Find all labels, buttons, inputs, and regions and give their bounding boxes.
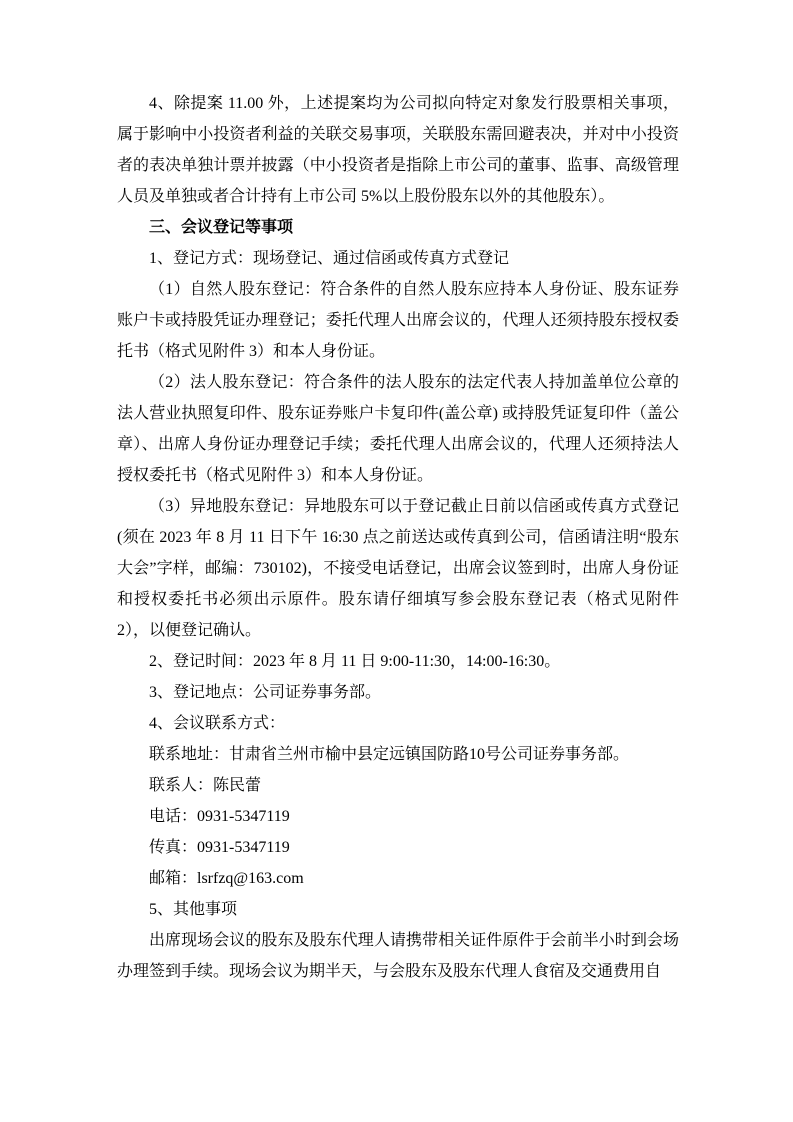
para-contact-method: 4、会议联系方式： — [117, 708, 679, 739]
para-email: 邮箱：lsrfzq@163.com — [117, 863, 679, 894]
para-attendance-note: 出席现场会议的股东及股东代理人请携带相关证件原件于会前半小时到会场办理签到手续。… — [117, 925, 679, 987]
para-other-matters: 5、其他事项 — [117, 894, 679, 925]
para-fax: 传真：0931-5347119 — [117, 832, 679, 863]
document-page: 4、除提案 11.00 外，上述提案均为公司拟向特定对象发行股票相关事项，属于影… — [0, 0, 793, 1122]
para-registration-method: 1、登记方式：现场登记、通过信函或传真方式登记 — [117, 243, 679, 274]
para-contact-person: 联系人：陈民蕾 — [117, 770, 679, 801]
para-registration-place: 3、登记地点：公司证券事务部。 — [117, 677, 679, 708]
para-natural-person-registration: （1）自然人股东登记：符合条件的自然人股东应持本人身份证、股东证券账户卡或持股凭… — [117, 274, 679, 367]
para-registration-time: 2、登记时间：2023 年 8 月 11 日 9:00-11:30，14:00-… — [117, 646, 679, 677]
para-legal-person-registration: （2）法人股东登记：符合条件的法人股东的法定代表人持加盖单位公章的法人营业执照复… — [117, 367, 679, 491]
para-remote-registration: （3）异地股东登记：异地股东可以于登记截止日前以信函或传真方式登记(须在 202… — [117, 491, 679, 646]
para-contact-address: 联系地址：甘肃省兰州市榆中县定远镇国防路10号公司证券事务部。 — [117, 739, 679, 770]
section-heading-registration: 三、会议登记等事项 — [117, 212, 679, 243]
para-phone: 电话：0931-5347119 — [117, 801, 679, 832]
para-proposal-note: 4、除提案 11.00 外，上述提案均为公司拟向特定对象发行股票相关事项，属于影… — [117, 88, 679, 212]
